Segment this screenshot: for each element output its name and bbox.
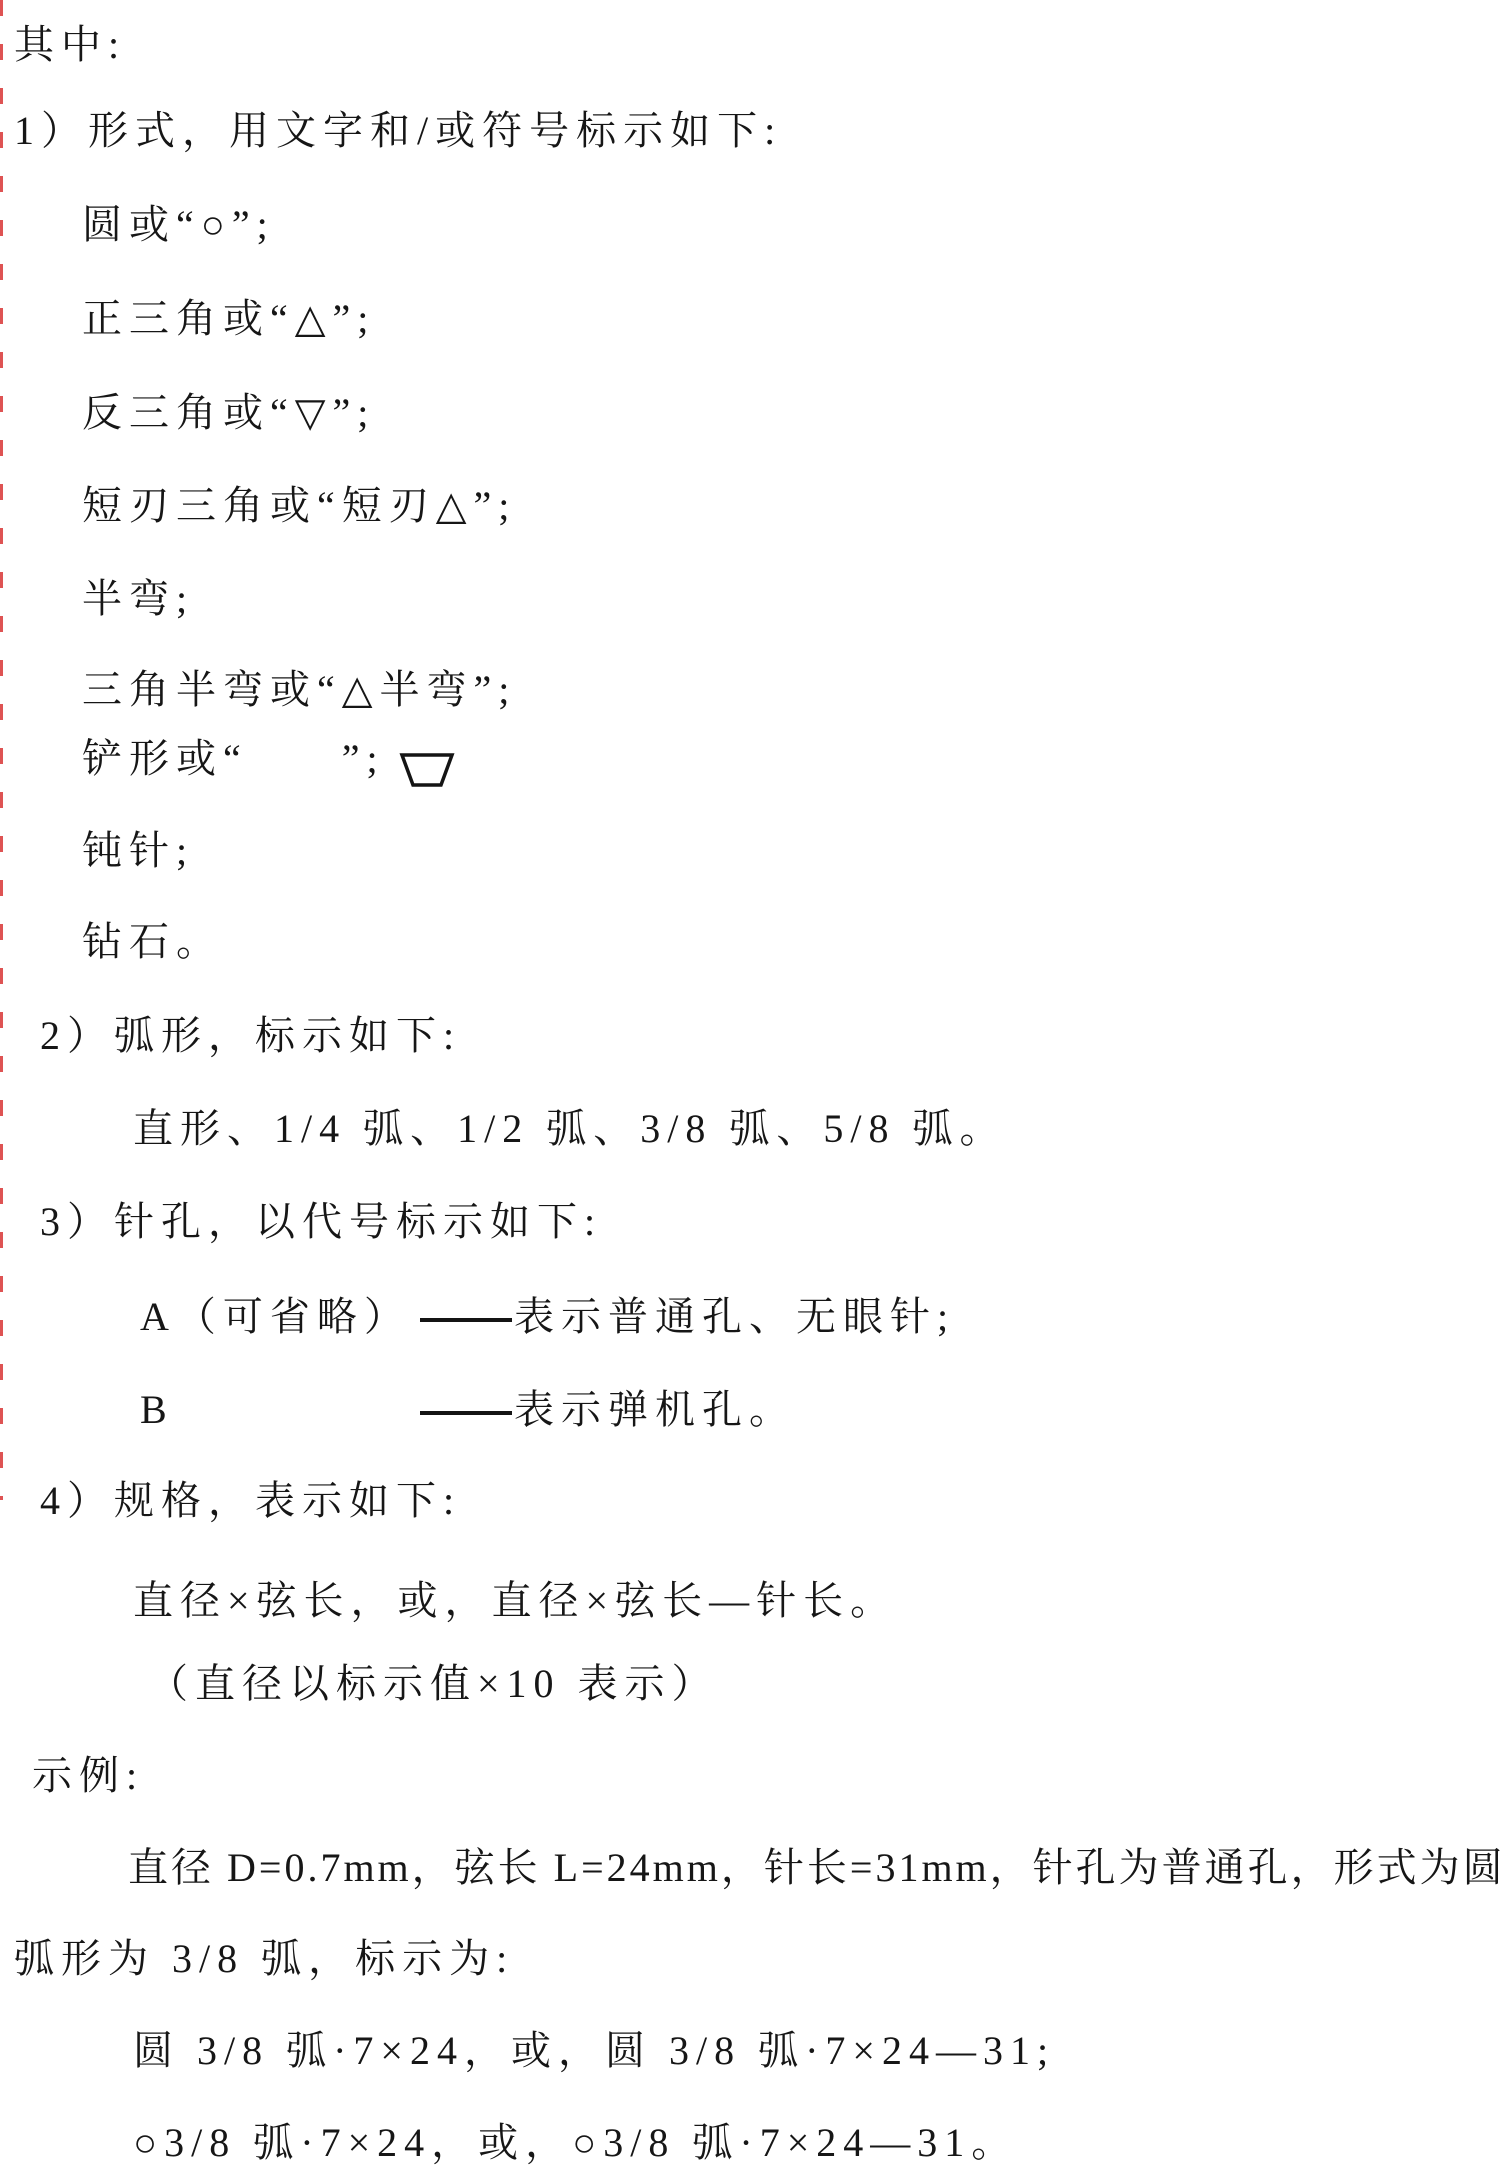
- line-example-notation-text: 圆 3/8 弧·7×24，或，圆 3/8 弧·7×24—31;: [133, 2026, 1055, 2076]
- code-b-desc: 表示弹机孔。: [514, 1385, 796, 1435]
- line-form-tri-half-curved: 三角半弯或“△半弯”;: [82, 665, 516, 715]
- em-dash-rule: [420, 1411, 512, 1415]
- trapezoid-shovel-icon: [399, 752, 455, 788]
- line-code-a: A（可省略）表示普通孔、无眼针;: [140, 1292, 955, 1342]
- line-form-triangle: 正三角或“△”;: [82, 294, 375, 344]
- document-page: 其中: 1）形式，用文字和/或符号标示如下: 圆或“○”; 正三角或“△”; 反…: [0, 0, 1506, 2175]
- line-item1-form-heading: 1）形式，用文字和/或符号标示如下:: [14, 106, 782, 156]
- line-form-short-blade: 短刃三角或“短刃△”;: [82, 481, 516, 531]
- line-example-heading: 示例:: [32, 1751, 144, 1801]
- code-b-label: B: [140, 1385, 420, 1435]
- line-example-params-wrap: 弧形为 3/8 弧，标示为:: [14, 1934, 514, 1984]
- code-a-label: A（可省略）: [140, 1292, 420, 1342]
- line-item4-spec-heading: 4）规格，表示如下:: [40, 1476, 461, 1526]
- line-form-diamond: 钻石。: [82, 917, 223, 967]
- scan-edge-artifact: [0, 0, 3, 1500]
- line-form-round: 圆或“○”;: [82, 200, 275, 250]
- line-item2-arc-heading: 2）弧形，标示如下:: [40, 1011, 461, 1061]
- line-form-rev-triangle: 反三角或“▽”;: [82, 388, 375, 438]
- line-item3-eye-heading: 3）针孔，以代号标示如下:: [40, 1197, 602, 1247]
- line-example-notation-symbol: ○3/8 弧·7×24，或，○3/8 弧·7×24—31。: [133, 2118, 1018, 2168]
- line-form-half-curved: 半弯;: [82, 574, 194, 624]
- line-spec-formula: 直径×弦长，或，直径×弦长—针长。: [133, 1576, 897, 1626]
- line-form-blunt-needle: 钝针;: [82, 826, 194, 876]
- line-form-shovel: 铲形或“ ”;: [82, 734, 455, 788]
- line-example-params: 直径 D=0.7mm，弦长 L=24mm，针长=31mm，针孔为普通孔，形式为圆…: [128, 1843, 1506, 1893]
- code-a-desc: 表示普通孔、无眼针;: [514, 1292, 955, 1342]
- line-arc-types: 直形、1/4 弧、1/2 弧、3/8 弧、5/8 弧。: [133, 1104, 1006, 1154]
- line-code-b: B表示弹机孔。: [140, 1385, 796, 1435]
- line-qizhong: 其中:: [14, 20, 126, 70]
- line-spec-note: （直径以标示值×10 表示）: [148, 1659, 719, 1709]
- em-dash-rule: [420, 1318, 512, 1322]
- shovel-line-text: 铲形或“ ”;: [82, 736, 385, 781]
